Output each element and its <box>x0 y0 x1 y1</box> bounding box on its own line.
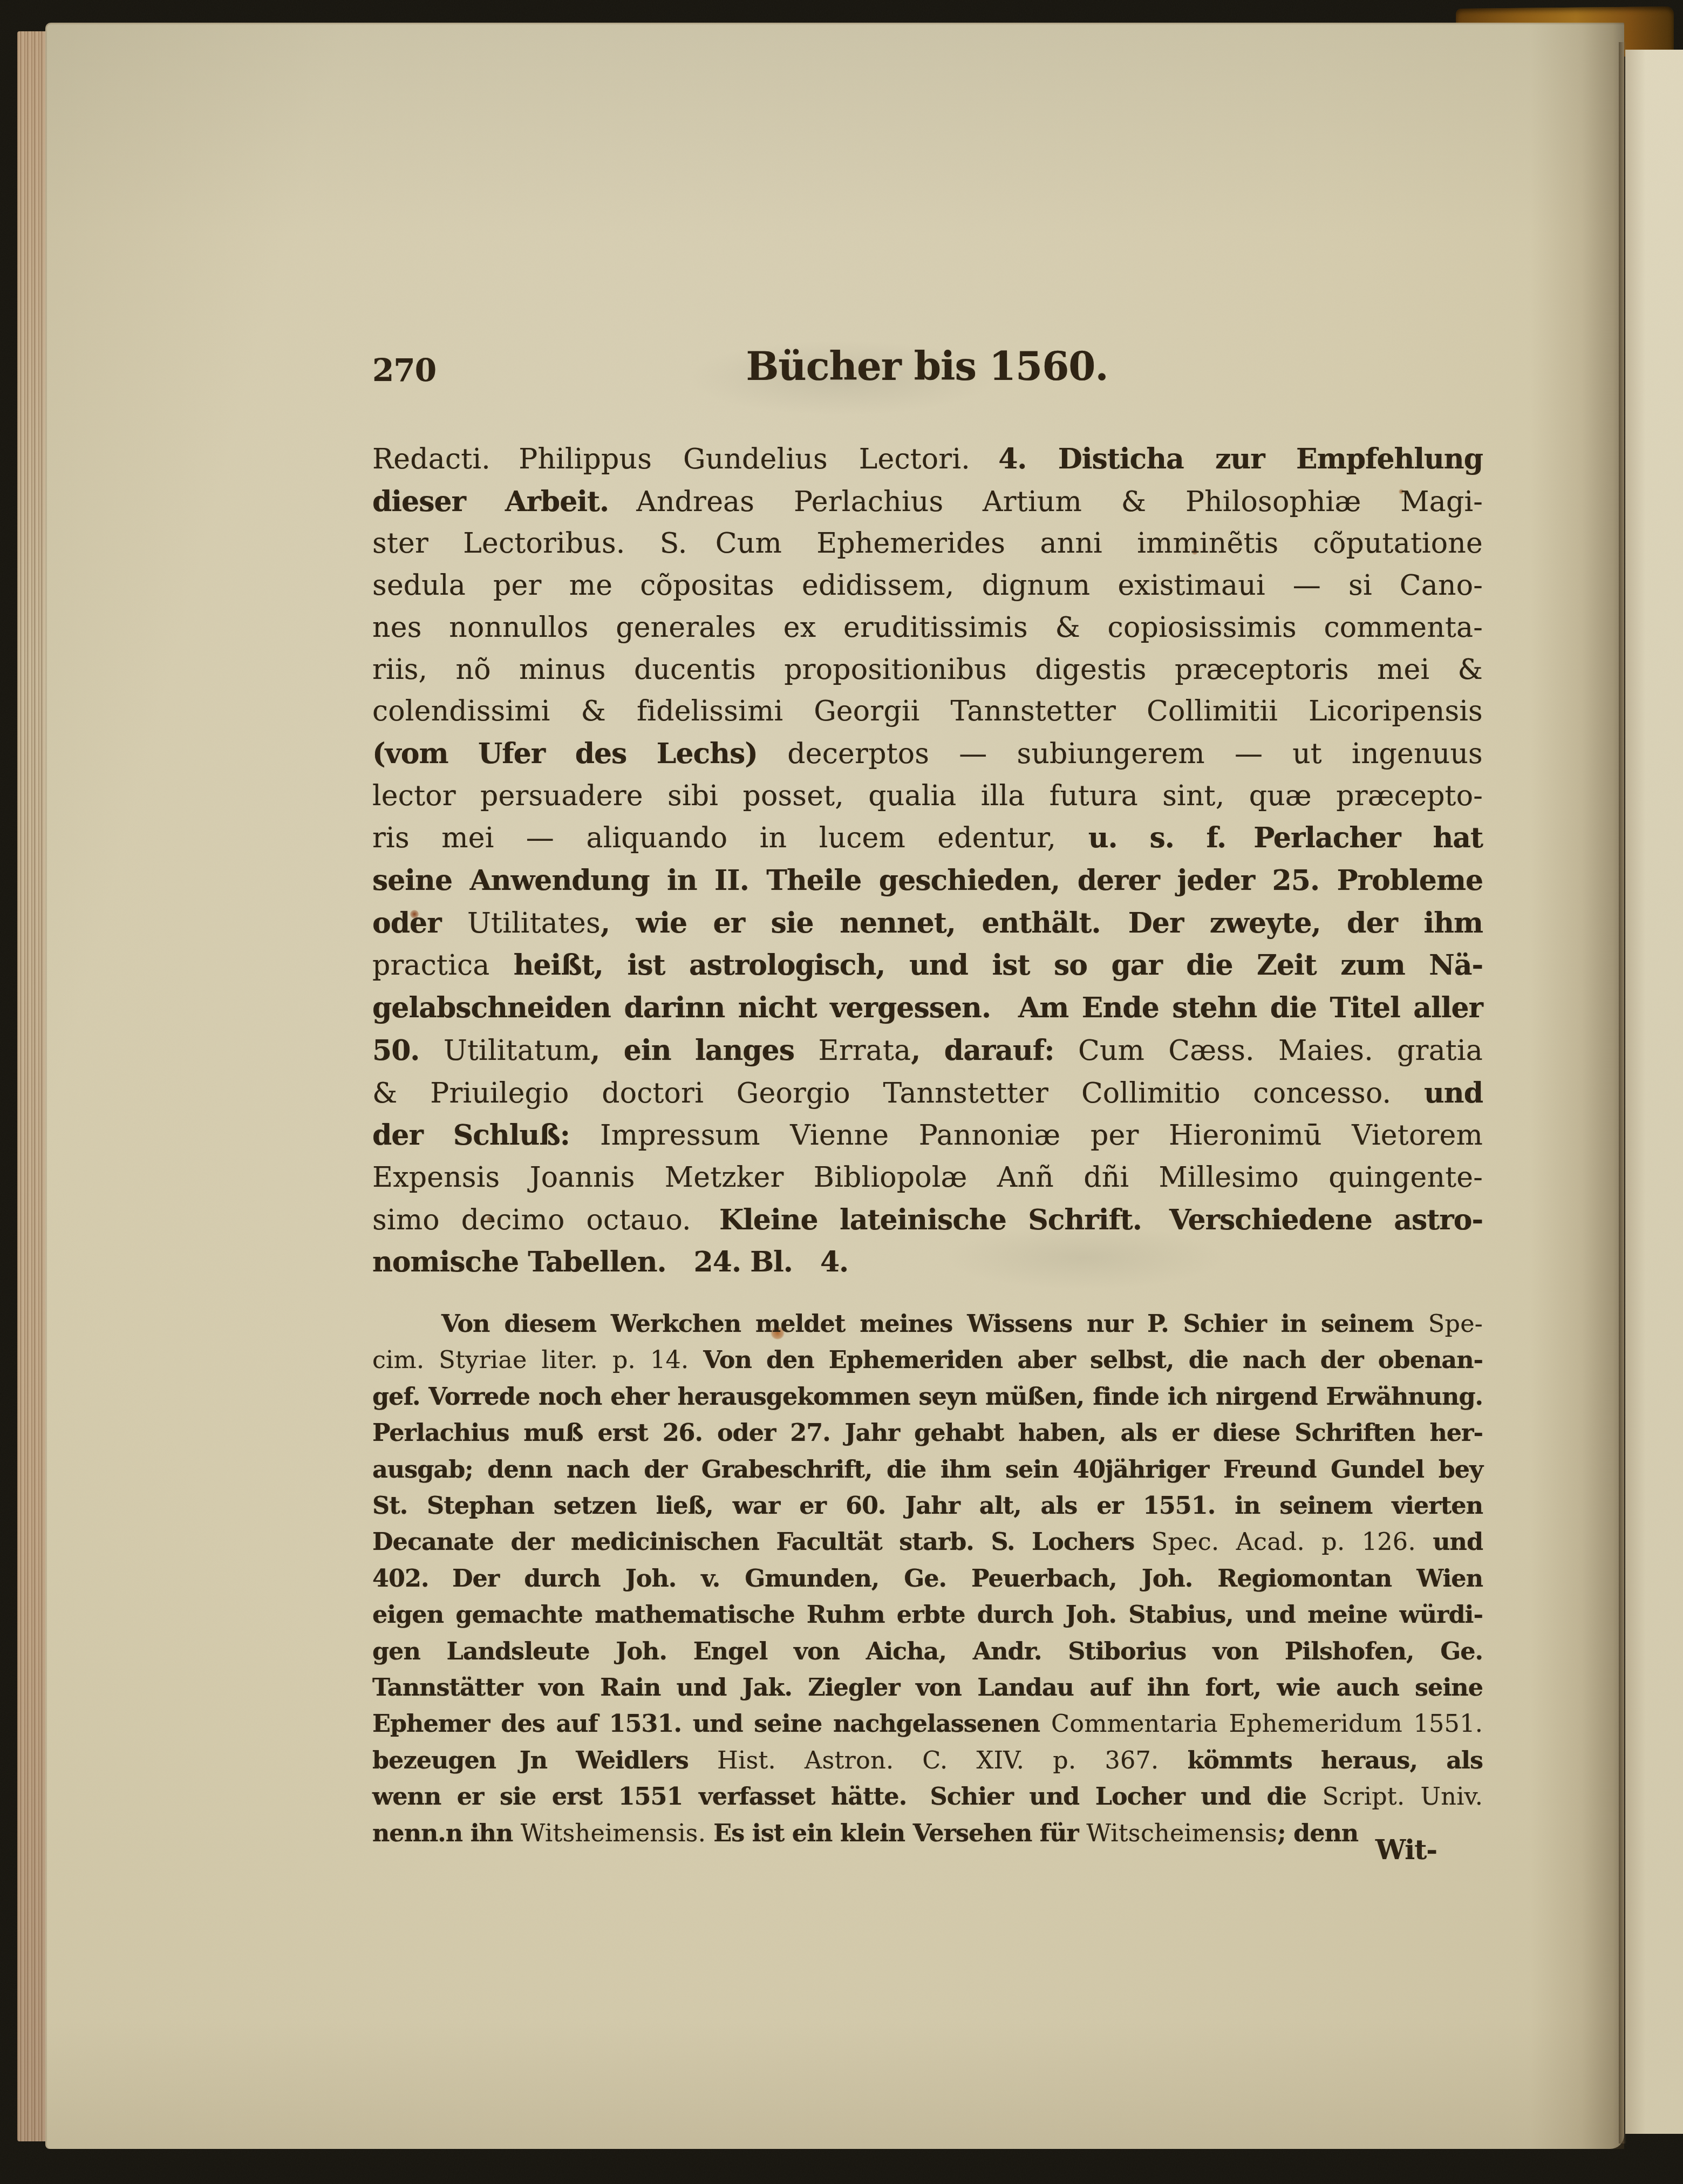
text-line: nenn.n ihn Witsheimensis. Es ist ein kle… <box>372 1815 1483 1852</box>
main-entry-paragraph: Redacti. Philippus Gundelius Lectori. 4.… <box>372 438 1483 1284</box>
fraktur-text-segment: und <box>1424 1077 1483 1110</box>
fraktur-text-segment: wenn er sie erst 1551 verfasset hätte. S… <box>372 1782 1322 1811</box>
latin-text-segment: Cum Cæss. Maies. gratia <box>1078 1035 1483 1067</box>
latin-text-segment: nes nonnullos generales ex eruditissimis… <box>372 611 1483 644</box>
text-line: ris mei — aliquando in lucem edentur, u.… <box>372 817 1483 860</box>
fraktur-text-segment: kömmts heraus, als <box>1187 1746 1483 1774</box>
text-line: simo decimo octauo. Kleine lateinische S… <box>372 1199 1483 1242</box>
latin-text-segment: simo decimo octauo. <box>372 1204 719 1236</box>
latin-text-segment: sedula per me cõpositas edidissem, dignu… <box>372 569 1483 602</box>
fraktur-text-segment: 50. <box>372 1034 444 1067</box>
latin-text-segment: Redacti. Philippus Gundelius Lectori. <box>372 443 998 475</box>
fraktur-text-segment: gelabschneiden darinn nicht vergessen. A… <box>372 991 1483 1024</box>
text-line: ster Lectoribus. S. Cum Ephemerides anni… <box>372 523 1483 565</box>
fraktur-text-segment: der Schluß: <box>372 1119 600 1152</box>
latin-text-segment: Witsheimensis. <box>521 1820 714 1847</box>
latin-text-segment: ster Lectoribus. S. Cum Ephemerides anni… <box>372 527 1483 560</box>
fraktur-text-segment: Kleine lateinische Schrift. Verschiedene… <box>719 1203 1483 1236</box>
fraktur-text-segment: 4. Disticha zur Empfehlung <box>998 443 1483 475</box>
fraktur-text-segment: u. s. f. Perlacher hat <box>1088 821 1483 854</box>
latin-text-segment: Errata <box>818 1035 911 1067</box>
fraktur-text-segment: heißt, ist astrologisch, und ist so gar … <box>514 949 1483 982</box>
fraktur-text-segment: Von diesem Werkchen meldet meines Wissen… <box>441 1310 1428 1338</box>
text-line: seine Anwendung in II. Theile geschieden… <box>372 860 1483 902</box>
latin-text-segment: Spec. Acad. p. 126. <box>1151 1528 1433 1556</box>
fraktur-text-segment: ; denn <box>1277 1819 1358 1847</box>
fraktur-text-segment: seine Anwendung in II. Theile geschieden… <box>372 864 1483 897</box>
text-line: gen Landsleute Joh. Engel von Aicha, And… <box>372 1634 1483 1670</box>
text-line: Tannstätter von Rain und Jak. Ziegler vo… <box>372 1670 1483 1706</box>
latin-text-segment: Utilitates <box>467 907 601 940</box>
latin-text-segment: Script. Univ. <box>1322 1783 1483 1811</box>
latin-text-segment: practica <box>372 949 514 982</box>
fraktur-text-segment: , ein langes <box>590 1034 818 1067</box>
text-line: St. Stephan setzen ließ, war er 60. Jahr… <box>372 1488 1483 1524</box>
text-line: der Schluß: Impressum Vienne Pannoniæ pe… <box>372 1114 1483 1157</box>
fraktur-text-segment: nenn.n ihn <box>372 1819 521 1847</box>
text-line: cim. Styriae liter. p. 14. Von den Ephem… <box>372 1342 1483 1378</box>
next-page-sliver <box>1625 50 1683 2134</box>
latin-text-segment: Spe- <box>1428 1310 1483 1338</box>
latin-text-segment: & Priuilegio doctori Georgio Tannstetter… <box>372 1077 1424 1110</box>
text-line: colendissimi & fidelissimi Georgii Tanns… <box>372 691 1483 733</box>
latin-text-segment: Impressum Vienne Pannoniæ per Hieronimū … <box>600 1119 1483 1152</box>
annotation-paragraph: Von diesem Werkchen meldet meines Wissen… <box>372 1306 1483 1852</box>
latin-text-segment: riis, nõ minus ducentis propositionibus … <box>372 654 1483 686</box>
text-line: practica heißt, ist astrologisch, und is… <box>372 944 1483 987</box>
latin-text-segment: Hist. Astron. C. XIV. p. 367. <box>717 1747 1187 1774</box>
latin-text-segment: cim. Styriae liter. p. 14. <box>372 1346 703 1374</box>
fraktur-text-segment: Es ist ein klein Versehen für <box>713 1819 1086 1847</box>
scanned-book-page-scene: 270 Bücher bis 1560. Redacti. Philippus … <box>0 0 1683 2184</box>
text-line: nomische Tabellen. 24. Bl. 4. <box>372 1241 1483 1284</box>
fraktur-text-segment: Tannstätter von Rain und Jak. Ziegler vo… <box>372 1673 1483 1702</box>
latin-text-segment: Witscheimensis <box>1086 1820 1277 1847</box>
text-line: sedula per me cõpositas edidissem, dignu… <box>372 565 1483 607</box>
fraktur-text-segment: oder <box>372 907 467 940</box>
latin-text-segment: Utilitatum <box>444 1035 590 1067</box>
fraktur-text-segment: und <box>1433 1528 1483 1556</box>
text-line: 50. Utilitatum, ein langes Errata, darau… <box>372 1030 1483 1072</box>
text-line: eigen gemachte mathematische Ruhm erbte … <box>372 1597 1483 1633</box>
page-title: Bücher bis 1560. <box>372 343 1482 389</box>
text-line: lector persuadere sibi posset, qualia il… <box>372 775 1483 818</box>
text-line: wenn er sie erst 1551 verfasset hätte. S… <box>372 1779 1483 1815</box>
fraktur-text-segment: 402. Der durch Joh. v. Gmunden, Ge. Peue… <box>372 1564 1483 1593</box>
text-line: gelabschneiden darinn nicht vergessen. A… <box>372 987 1483 1030</box>
fraktur-text-segment: Perlachius muß erst 26. oder 27. Jahr ge… <box>372 1419 1483 1447</box>
text-line: bezeugen Jn Weidlers Hist. Astron. C. XI… <box>372 1743 1483 1779</box>
fraktur-text-segment: gef. Vorrede noch eher herausgekommen se… <box>372 1383 1483 1411</box>
text-line: 402. Der durch Joh. v. Gmunden, Ge. Peue… <box>372 1561 1483 1597</box>
fraktur-text-segment: bezeugen Jn Weidlers <box>372 1746 717 1774</box>
text-line: Von diesem Werkchen meldet meines Wissen… <box>372 1306 1483 1342</box>
text-line: riis, nõ minus ducentis propositionibus … <box>372 649 1483 691</box>
page-stack-edges <box>17 31 47 2141</box>
text-line: Expensis Joannis Metzker Bibliopolæ Anñ … <box>372 1157 1483 1199</box>
fraktur-text-segment: Ephemer des auf 1531. und seine nachgela… <box>372 1710 1051 1738</box>
text-line: Perlachius muß erst 26. oder 27. Jahr ge… <box>372 1415 1483 1451</box>
latin-text-segment: Andreas Perlachius Artium & Philosophiæ … <box>636 486 1483 518</box>
fraktur-text-segment: St. Stephan setzen ließ, war er 60. Jahr… <box>372 1492 1483 1520</box>
text-line: Ephemer des auf 1531. und seine nachgela… <box>372 1706 1483 1742</box>
text-line: gef. Vorrede noch eher herausgekommen se… <box>372 1379 1483 1415</box>
latin-text-segment: lector persuadere sibi posset, qualia il… <box>372 780 1483 812</box>
text-line: oder Utilitates, wie er sie nennet, enth… <box>372 902 1483 945</box>
fraktur-text-segment: eigen gemachte mathematische Ruhm erbte … <box>372 1601 1483 1629</box>
latin-text-segment: ris mei — aliquando in lucem edentur, <box>372 822 1088 854</box>
latin-text-segment: decerptos — subiungerem — ut ingenuus <box>787 738 1483 770</box>
fraktur-text-segment: gen Landsleute Joh. Engel von Aicha, And… <box>372 1637 1483 1665</box>
text-line: ausgab; denn nach der Grabeschrift, die … <box>372 1452 1483 1488</box>
latin-text-segment: colendissimi & fidelissimi Georgii Tanns… <box>372 695 1483 727</box>
fraktur-text-segment: nomische Tabellen. 24. Bl. 4. <box>372 1246 848 1278</box>
text-line: (vom Ufer des Lechs) decerptos — subiung… <box>372 733 1483 775</box>
text-line: Redacti. Philippus Gundelius Lectori. 4.… <box>372 438 1483 481</box>
fraktur-text-segment: , wie er sie nennet, enthält. Der zweyte… <box>601 907 1483 940</box>
running-head: 270 Bücher bis 1560. <box>372 343 1482 397</box>
fraktur-text-segment: (vom Ufer des Lechs) <box>372 737 787 770</box>
text-line: nes nonnullos generales ex eruditissimis… <box>372 607 1483 649</box>
catchword: Wit- <box>1375 1834 1437 1866</box>
text-line: dieser Arbeit. Andreas Perlachius Artium… <box>372 481 1483 523</box>
latin-text-segment: Commentaria Ephemeridum 1551. <box>1051 1710 1483 1738</box>
fraktur-text-segment: Von den Ephemeriden aber selbst, die nac… <box>703 1346 1483 1374</box>
latin-text-segment: Expensis Joannis Metzker Bibliopolæ Anñ … <box>372 1161 1483 1194</box>
fraktur-text-segment: ausgab; denn nach der Grabeschrift, die … <box>372 1455 1483 1484</box>
text-line: & Priuilegio doctori Georgio Tannstetter… <box>372 1072 1483 1115</box>
fraktur-text-segment: Decanate der medicinischen Facultät star… <box>372 1528 1151 1556</box>
fraktur-text-segment: dieser Arbeit. <box>372 485 636 518</box>
text-line: Decanate der medicinischen Facultät star… <box>372 1524 1483 1560</box>
fraktur-text-segment: , darauf: <box>911 1034 1078 1067</box>
